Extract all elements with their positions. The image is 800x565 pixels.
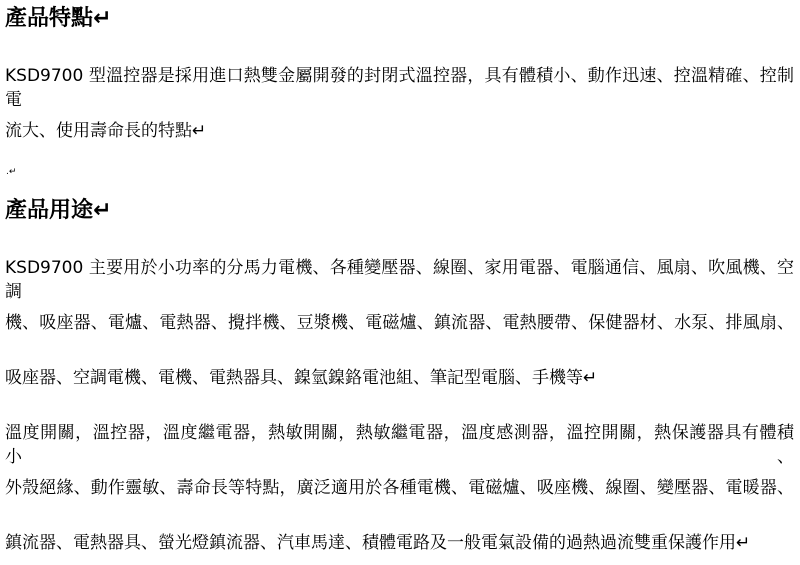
uses-paragraph1-line-1: KSD9700 主要用於小功率的分馬力電機、各種變壓器、線圈、家用電器、電腦通信… [5,256,794,304]
document-page: 產品特點↵ KSD9700 型溫控器是採用進口熱雙金屬開發的封閉式溫控器，具有體… [0,0,800,565]
features-paragraph-line-2: 流大、使用壽命長的特點↵ [5,119,794,143]
section-heading-product-features: 產品特點↵ [5,6,794,32]
stray-period-paragraph-mark: .↵ [6,167,16,177]
section-heading-product-uses: 產品用途↵ [5,198,794,224]
uses-paragraph2-line-3: 鎮流器、電熱器具、螢光燈鎮流器、汽車馬達、積體電路及一般電氣設備的過熱過流雙重保… [5,531,794,555]
features-paragraph-line-1: KSD9700 型溫控器是採用進口熱雙金屬開發的封閉式溫控器，具有體積小、動作迅… [5,64,794,112]
uses-paragraph1-line-3: 吸座器、空調電機、電機、電熱器具、鎳氫鎳鉻電池組、筆記型電腦、手機等↵ [5,366,794,390]
uses-paragraph1-line-2: 機、吸座器、電爐、電熱器、攪拌機、豆漿機、電磁爐、鎮流器、電熱腰帶、保健器材、水… [5,311,794,335]
uses-paragraph2-line-2: 外殼絕緣、動作靈敏、壽命長等特點，廣泛適用於各種電機、電磁爐、吸座機、線圈、變壓… [5,476,794,500]
uses-paragraph2-line-1: 溫度開關，溫控器，溫度繼電器，熱敏開關，熱敏繼電器，溫度感測器，溫控開關，熱保護… [5,421,794,469]
